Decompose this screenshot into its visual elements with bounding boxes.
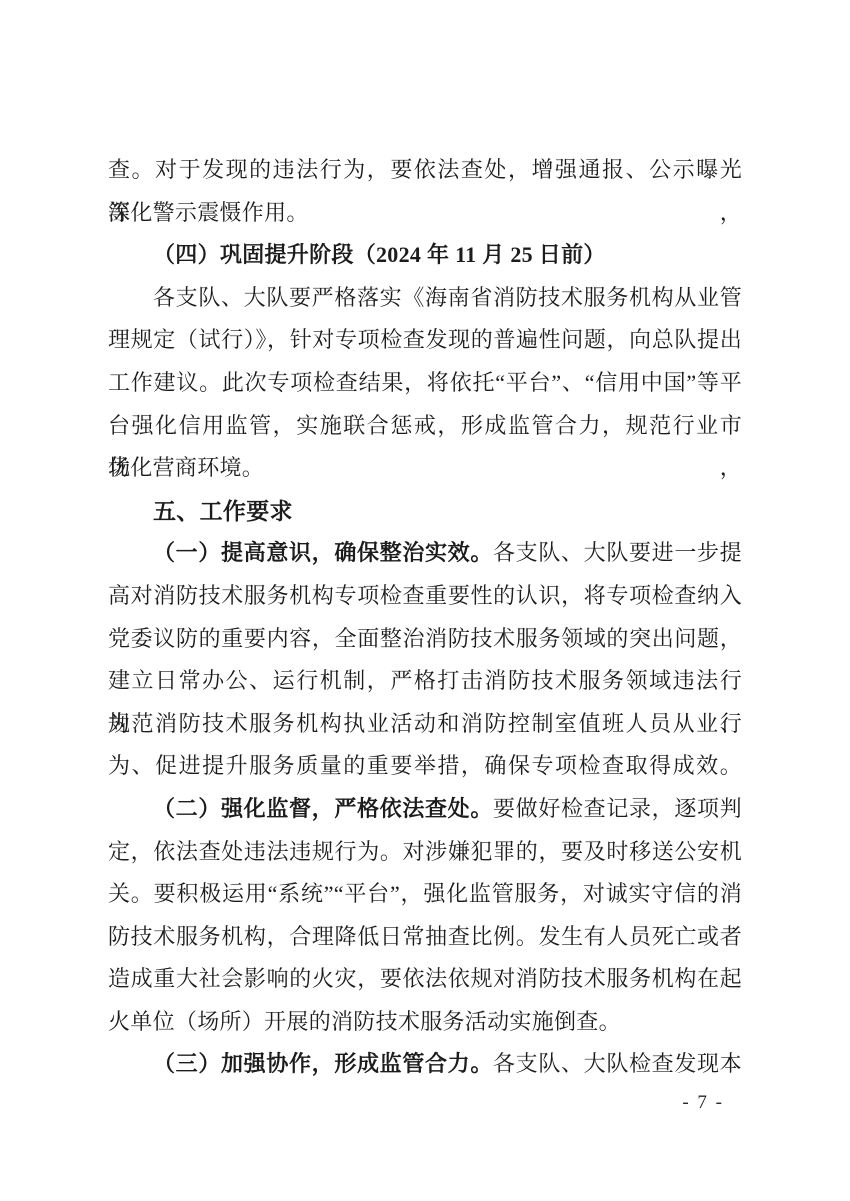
text-segment: 为、促进提升服务质量的重要举措，确保专项检查取得成效。: [108, 753, 742, 778]
document-page: 查。对于发现的违法行为，要依法查处，增强通报、公示曝光等，深化警示震慑作用。（四…: [0, 0, 850, 1201]
text-line: 党委议防的重要内容，全面整治消防技术服务领域的突出问题，: [108, 618, 742, 661]
text-segment: 火单位（场所）开展的消防技术服务活动实施倒查。: [108, 1009, 621, 1034]
text-segment: 理规定（试行）》，针对专项检查发现的普遍性问题，向总队提出: [108, 327, 742, 352]
text-segment: 要做好检查记录，逐项判: [493, 796, 742, 821]
text-segment: 定，依法查处违法违规行为。对涉嫌犯罪的，要及时移送公安机: [108, 839, 742, 864]
text-line: （一）提高意识，确保整治实效。各支队、大队要进一步提: [108, 532, 742, 575]
text-line: （二）强化监督，严格依法查处。要做好检查记录，逐项判: [108, 788, 742, 831]
text-line: 造成重大社会影响的火灾，要依法依规对消防技术服务机构在起: [108, 958, 742, 1001]
text-segment: 党委议防的重要内容，全面整治消防技术服务领域的突出问题，: [108, 626, 742, 651]
bold-text-segment: （二）强化监督，严格依法查处。: [153, 796, 493, 821]
text-line: 规范消防技术服务机构执业活动和消防控制室值班人员从业行: [108, 703, 742, 746]
text-line: 高对消防技术服务机构专项检查重要性的认识，将专项检查纳入: [108, 575, 742, 618]
text-segment: 各支队、大队检查发现本: [493, 1051, 742, 1076]
text-segment: 优化营商环境。: [108, 455, 264, 480]
text-line: 为、促进提升服务质量的重要举措，确保专项检查取得成效。: [108, 745, 742, 788]
text-line: 工作建议。此次专项检查结果，将依托“平台”、“信用中国”等平: [108, 362, 742, 405]
text-line: 各支队、大队要严格落实《海南省消防技术服务机构从业管: [108, 277, 742, 320]
text-line: （四）巩固提升阶段（2024 年 11 月 25 日前）: [108, 234, 742, 277]
text-line: 理规定（试行）》，针对专项检查发现的普遍性问题，向总队提出: [108, 319, 742, 362]
section-heading: 五、工作要求: [108, 490, 742, 533]
text-line: 防技术服务机构，合理降低日常抽查比例。发生有人员死亡或者: [108, 916, 742, 959]
page-number: - 7 -: [108, 1092, 742, 1114]
bold-text-segment: （三）加强协作，形成监管合力。: [153, 1051, 493, 1076]
document-text: 查。对于发现的违法行为，要依法查处，增强通报、公示曝光等，深化警示震慑作用。（四…: [108, 149, 742, 1086]
text-line: 查。对于发现的违法行为，要依法查处，增强通报、公示曝光等，: [108, 149, 742, 192]
text-segment: 关。要积极运用“系统”“平台”，强化监管服务，对诚实守信的消: [108, 881, 742, 906]
bold-text-segment: （一）提高意识，确保整治实效。: [153, 540, 493, 565]
text-segment: 深化警示震慑作用。: [108, 200, 309, 225]
text-segment: 各支队、大队要严格落实《海南省消防技术服务机构从业管: [153, 285, 742, 310]
text-line: 火单位（场所）开展的消防技术服务活动实施倒查。: [108, 1001, 742, 1044]
text-line: 建立日常办公、运行机制，严格打击消防技术服务领域违法行为、: [108, 660, 742, 703]
text-line: （三）加强协作，形成监管合力。各支队、大队检查发现本: [108, 1043, 742, 1086]
bold-text-segment: （四）巩固提升阶段（2024 年 11 月 25 日前）: [153, 242, 606, 267]
text-line: 台强化信用监管，实施联合惩戒，形成监管合力，规范行业市场，: [108, 405, 742, 448]
text-segment: 造成重大社会影响的火灾，要依法依规对消防技术服务机构在起: [108, 966, 742, 991]
text-segment: 工作建议。此次专项检查结果，将依托“平台”、“信用中国”等平: [108, 370, 742, 395]
text-line: 定，依法查处违法违规行为。对涉嫌犯罪的，要及时移送公安机: [108, 831, 742, 874]
text-segment: 各支队、大队要进一步提: [493, 540, 742, 565]
text-line: 关。要积极运用“系统”“平台”，强化监管服务，对诚实守信的消: [108, 873, 742, 916]
text-segment: 高对消防技术服务机构专项检查重要性的认识，将专项检查纳入: [108, 583, 742, 608]
text-segment: 规范消防技术服务机构执业活动和消防控制室值班人员从业行: [108, 711, 742, 736]
bold-text-segment: 五、工作要求: [153, 498, 293, 524]
text-segment: 防技术服务机构，合理降低日常抽查比例。发生有人员死亡或者: [108, 924, 742, 949]
